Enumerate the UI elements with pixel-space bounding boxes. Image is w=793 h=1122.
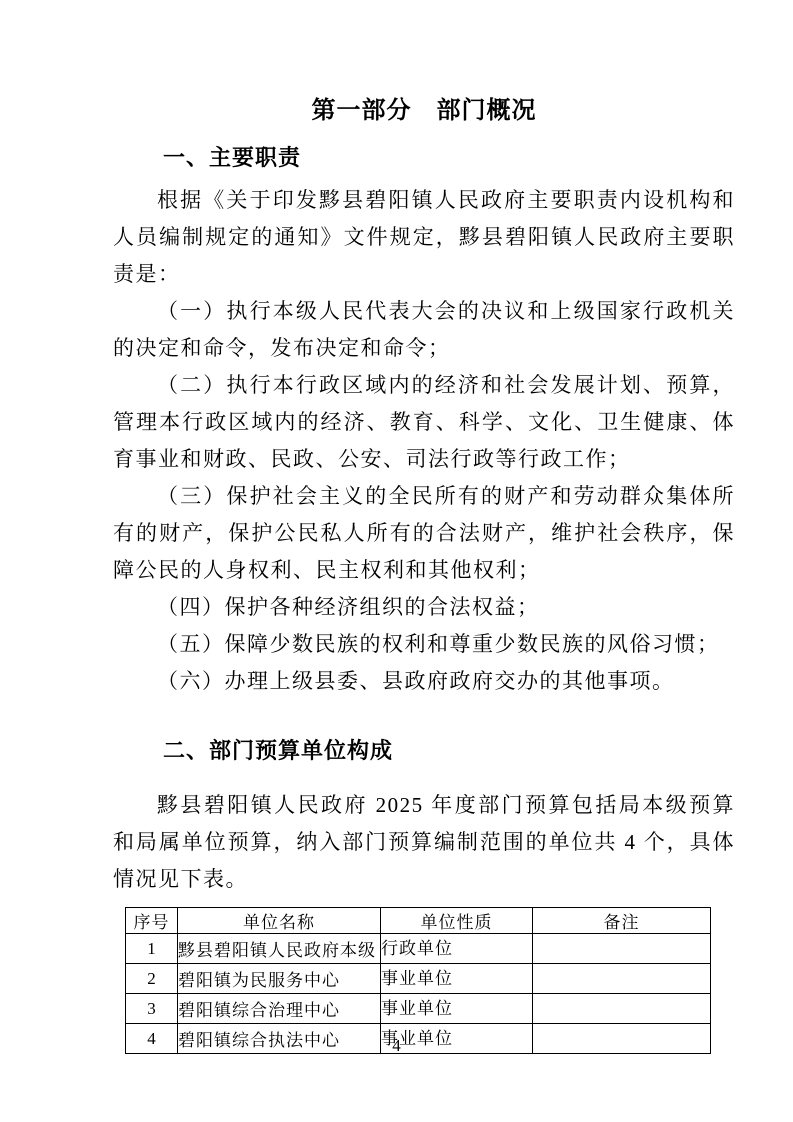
table-row: 3 碧阳镇综合治理中心 事业单位 xyxy=(126,994,711,1024)
page-number: 4 xyxy=(0,1036,793,1056)
page-title: 第一部分 部门概况 xyxy=(113,96,735,126)
cell-note xyxy=(533,964,711,994)
section1-paragraph-item5: （五）保障少数民族的权利和尊重少数民族的风俗习惯； xyxy=(113,626,735,663)
table-row: 2 碧阳镇为民服务中心 事业单位 xyxy=(126,964,711,994)
cell-type: 行政单位 xyxy=(381,934,533,964)
table-header-type: 单位性质 xyxy=(381,908,533,934)
section1-paragraph-item4: （四）保护各种经济组织的合法权益； xyxy=(113,589,735,626)
document-page: 第一部分 部门概况 一、主要职责 根据《关于印发黟县碧阳镇人民政府主要职责内设机… xyxy=(0,0,793,1122)
cell-type: 事业单位 xyxy=(381,964,533,994)
table-header-name: 单位名称 xyxy=(178,908,381,934)
section1-paragraph-item2: （二）执行本行政区域内的经济和社会发展计划、预算，管理本行政区域内的经济、教育、… xyxy=(113,367,735,478)
section1-paragraph-intro: 根据《关于印发黟县碧阳镇人民政府主要职责内设机构和人员编制规定的通知》文件规定，… xyxy=(113,182,735,293)
budget-units-table: 序号 单位名称 单位性质 备注 1 黟县碧阳镇人民政府本级 行政单位 2 碧阳镇… xyxy=(125,907,711,1054)
cell-no: 1 xyxy=(126,934,178,964)
section2-paragraph-intro: 黟县碧阳镇人民政府 2025 年度部门预算包括局本级预算和局属单位预算，纳入部门… xyxy=(113,787,735,898)
cell-note xyxy=(533,994,711,1024)
table-header-row: 序号 单位名称 单位性质 备注 xyxy=(126,908,711,934)
table-header-note: 备注 xyxy=(533,908,711,934)
cell-name: 黟县碧阳镇人民政府本级 xyxy=(178,934,381,964)
section2-heading: 二、部门预算单位构成 xyxy=(163,736,735,766)
section1-heading: 一、主要职责 xyxy=(163,143,735,173)
cell-note xyxy=(533,934,711,964)
cell-name: 碧阳镇综合治理中心 xyxy=(178,994,381,1024)
section1-paragraph-item6: （六）办理上级县委、县政府政府交办的其他事项。 xyxy=(113,663,735,700)
cell-name: 碧阳镇为民服务中心 xyxy=(178,964,381,994)
table-row: 1 黟县碧阳镇人民政府本级 行政单位 xyxy=(126,934,711,964)
table-header-no: 序号 xyxy=(126,908,178,934)
cell-no: 3 xyxy=(126,994,178,1024)
section1-paragraph-item3: （三）保护社会主义的全民所有的财产和劳动群众集体所有的财产，保护公民私人所有的合… xyxy=(113,478,735,589)
cell-type: 事业单位 xyxy=(381,994,533,1024)
cell-no: 2 xyxy=(126,964,178,994)
section1-paragraph-item1: （一）执行本级人民代表大会的决议和上级国家行政机关的决定和命令，发布决定和命令； xyxy=(113,293,735,367)
